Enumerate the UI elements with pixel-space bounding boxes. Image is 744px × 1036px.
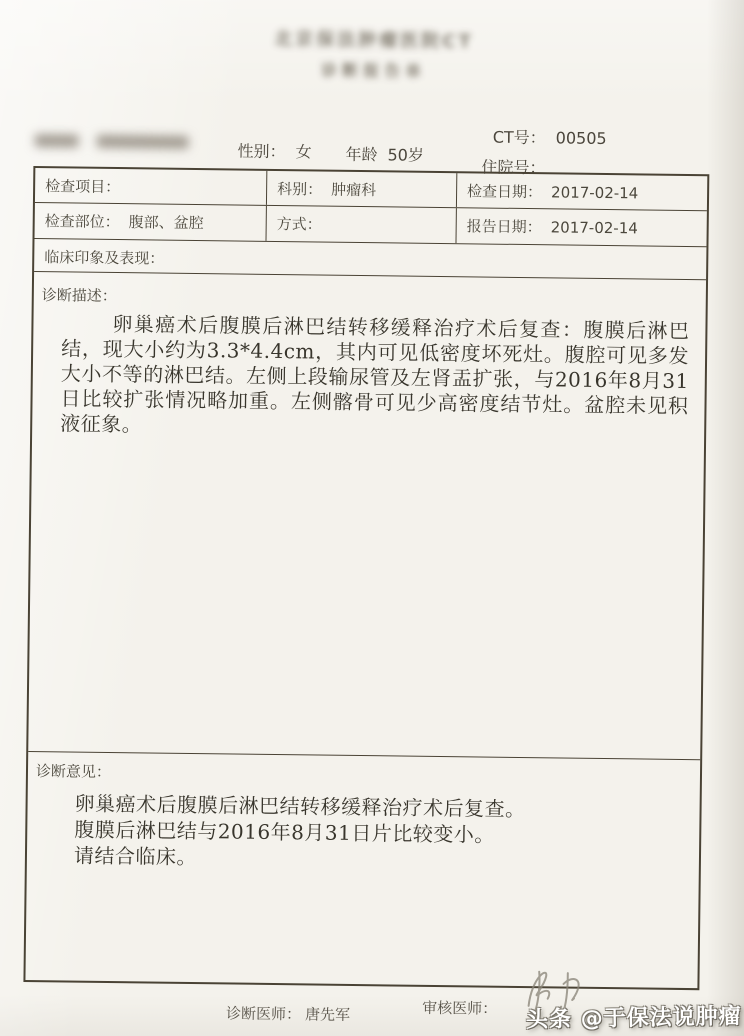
table-row-opinion: 诊断意见： 卵巢癌术后腹膜后淋巴结转移缓释治疗术后复查。 腹膜后淋巴结与2016… [25,752,700,988]
exam-date-value: 2017-02-14 [551,183,638,202]
exam-item-label: 检查项目： [45,177,120,196]
exam-date-label: 检查日期： [467,182,542,201]
gender-field: 性别：女 [237,139,311,163]
age-value: 50岁 [387,145,424,164]
reviewing-doctor-field: 审核医师： [422,997,497,1019]
age-label: 年龄 [345,145,377,164]
report-document: 北京保法肿瘤医院CT 诊断报告单 性别：女 年龄50岁 CT号：00505 住院… [0,0,744,1036]
name-label-blur [35,134,79,148]
exam-part-cell: 检查部位：腹部、盆腔 [35,203,267,241]
clinical-impression-label: 临床印象及表现： [44,248,164,267]
hospital-title: 北京保法肿瘤医院CT [2,22,744,57]
diagnosing-doctor-label: 诊断医师： [226,1004,301,1023]
exam-date-cell: 检查日期：2017-02-14 [457,173,707,210]
reviewing-doctor-label: 审核医师： [422,999,497,1018]
opinion-lines: 卵巢癌术后腹膜后淋巴结转移缓释治疗术后复查。 腹膜后淋巴结与2016年8月31日… [74,791,684,876]
ct-number-value: 00505 [556,128,607,148]
table-row-description: 诊断描述： 卵巢癌术后腹膜后淋巴结转移缓释治疗术后复查：腹膜后淋巴结，现大小约为… [28,272,706,760]
diagnosing-doctor-field: 诊断医师：唐先军 [226,1002,350,1025]
report-title: 诊断报告单 [1,54,744,86]
name-value-blur [97,135,189,149]
method-cell: 方式： [266,206,456,243]
report-date-value: 2017-02-14 [551,218,638,237]
exam-item-cell: 检查项目： [35,168,267,205]
ct-number-label: CT号： [493,128,546,148]
gender-value: 女 [295,142,311,161]
scanned-report-photo: 北京保法肿瘤医院CT 诊断报告单 性别：女 年龄50岁 CT号：00505 住院… [0,0,744,1036]
report-form-table: 检查项目： 科别：肿瘤科 检查日期：2017-02-14 检查部位：腹部、盆腔 … [23,166,709,990]
toutiao-watermark: 头条 @于保法说肿瘤 [526,999,742,1034]
ct-number-field: CT号：00505 [493,125,607,149]
exam-part-value: 腹部、盆腔 [129,213,204,232]
age-field: 年龄50岁 [345,142,424,166]
description-label: 诊断描述： [34,272,706,313]
description-text: 卵巢癌术后腹膜后淋巴结转移缓释治疗术后复查：腹膜后淋巴结，现大小约为3.3*4.… [60,311,689,444]
department-value: 肿瘤科 [331,181,376,200]
department-cell: 科别：肿瘤科 [267,171,457,207]
diagnosing-doctor-name: 唐先军 [305,1005,350,1024]
hospital-header-blurred: 北京保法肿瘤医院CT 诊断报告单 [1,22,744,86]
exam-part-label: 检查部位： [45,212,120,231]
method-label: 方式： [277,215,322,234]
gender-label: 性别： [237,142,285,162]
department-label: 科别： [277,180,322,199]
report-date-cell: 报告日期：2017-02-14 [456,208,706,246]
patient-name-redacted [35,132,205,152]
report-date-label: 报告日期： [467,217,542,236]
